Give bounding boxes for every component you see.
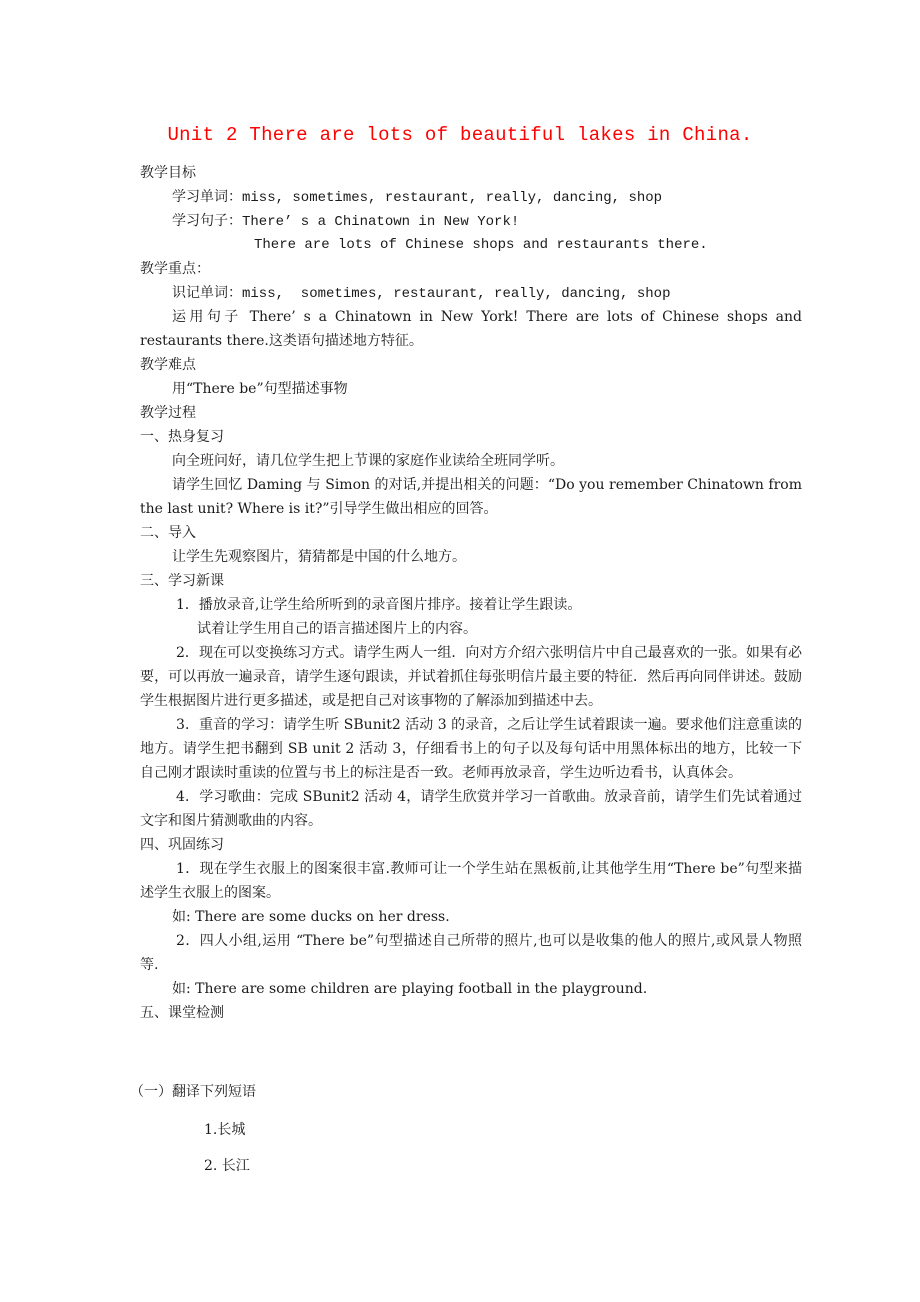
key-points-sentences: 运用句子 There’ s a Chinatown in New York! T… — [140, 305, 802, 353]
document-body: 教学目标 学习单词：miss, sometimes, restaurant, r… — [140, 161, 802, 1025]
key-points-words: 识记单词：miss, sometimes, restaurant, really… — [140, 281, 802, 305]
section-practice-heading: 四、巩固练习 — [140, 833, 802, 857]
exercise-item: 1.长城 — [204, 1119, 245, 1139]
objectives-sentences: 学习句子：There’ s a Chinatown in New York! — [140, 209, 802, 233]
objectives-sentences-label: 学习句子： — [172, 213, 242, 229]
objectives-sentence-1: There’ s a Chinatown in New York! — [242, 214, 519, 230]
section-practice-example: 如: There are some ducks on her dress. — [140, 905, 802, 929]
section-new-lesson-step-note: 试着让学生用自己的语言描述图片上的内容。 — [140, 617, 802, 641]
section-new-lesson-step: 3．重音的学习：请学生听 SBunit2 活动 3 的录音，之后让学生试着跟读一… — [140, 713, 802, 785]
difficulties-heading: 教学难点 — [140, 353, 802, 377]
section-practice-step: 1．现在学生衣服上的图案很丰富.教师可让一个学生站在黑板前,让其他学生用“The… — [140, 857, 802, 905]
section-intro-heading: 二、导入 — [140, 521, 802, 545]
section-warmup-paragraph: 向全班问好，请几位学生把上节课的家庭作业读给全班同学听。 — [140, 449, 802, 473]
section-warmup-paragraph: 请学生回忆 Daming 与 Simon 的对话,并提出相关的问题：“Do yo… — [140, 473, 802, 521]
document-page: Unit 2 There are lots of beautiful lakes… — [0, 0, 920, 1302]
key-points-words-list: miss, sometimes, restaurant, really, dan… — [242, 286, 670, 302]
objectives-sentence-2: There are lots of Chinese shops and rest… — [140, 233, 802, 257]
section-assessment-heading: 五、课堂检测 — [140, 1001, 802, 1025]
section-practice-step: 2．四人小组,运用 “There be”句型描述自己所带的照片,也可以是收集的他… — [140, 929, 802, 977]
section-warmup-heading: 一、热身复习 — [140, 425, 802, 449]
key-points-heading: 教学重点： — [140, 257, 802, 281]
section-new-lesson-heading: 三、学习新课 — [140, 569, 802, 593]
exercise-heading: （一）翻译下列短语 — [130, 1081, 256, 1101]
document-title: Unit 2 There are lots of beautiful lakes… — [0, 124, 920, 146]
objectives-words: 学习单词：miss, sometimes, restaurant, really… — [140, 185, 802, 209]
difficulties-text: 用“There be”句型描述事物 — [140, 377, 802, 401]
key-points-words-label: 识记单词： — [172, 285, 242, 301]
section-intro-paragraph: 让学生先观察图片，猜猜都是中国的什么地方。 — [140, 545, 802, 569]
section-new-lesson-step: 2．现在可以变换练习方式。请学生两人一组．向对方介绍六张明信片中自己最喜欢的一张… — [140, 641, 802, 713]
section-practice-example: 如: There are some children are playing f… — [140, 977, 802, 1001]
process-heading: 教学过程 — [140, 401, 802, 425]
objectives-words-label: 学习单词： — [172, 189, 242, 205]
section-new-lesson-step: 1．播放录音,让学生给所听到的录音图片排序。接着让学生跟读。 — [140, 593, 802, 617]
section-new-lesson-step: 4．学习歌曲：完成 SBunit2 活动 4，请学生欣赏并学习一首歌曲。放录音前… — [140, 785, 802, 833]
objectives-words-list: miss, sometimes, restaurant, really, dan… — [242, 190, 662, 206]
exercise-item: 2. 长江 — [204, 1155, 250, 1175]
objectives-heading: 教学目标 — [140, 161, 802, 185]
